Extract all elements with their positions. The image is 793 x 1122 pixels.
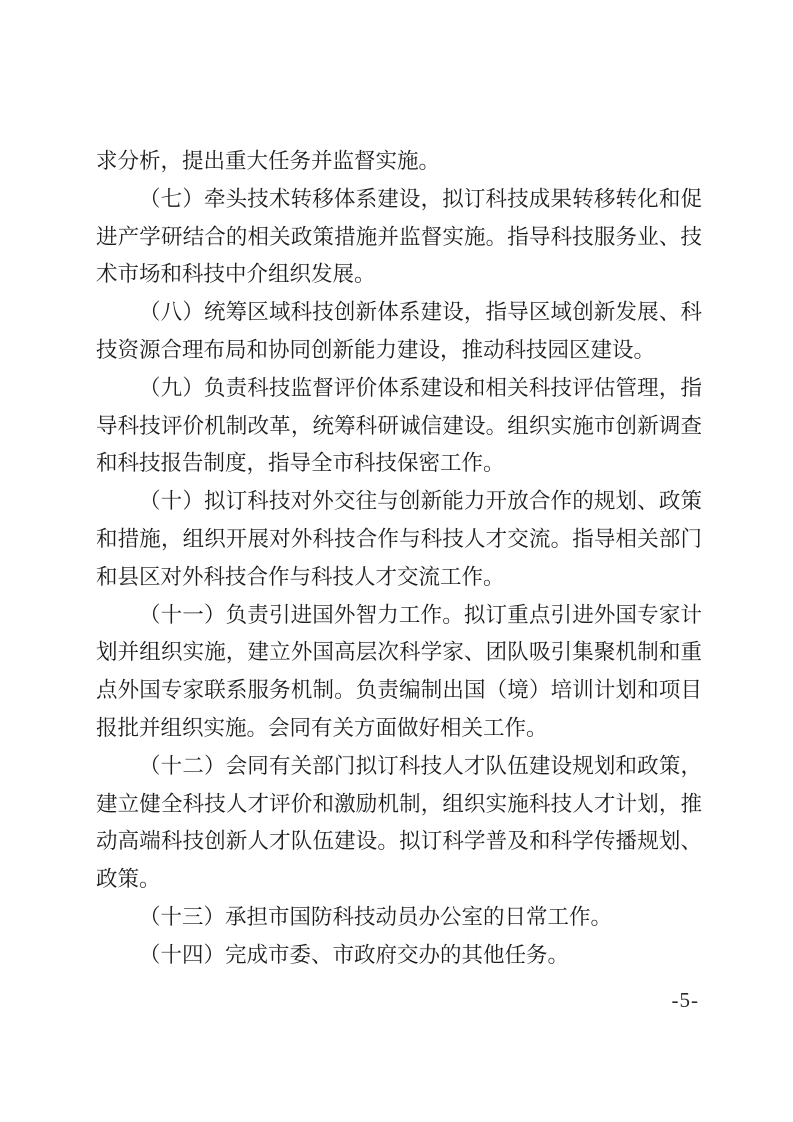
- paragraph-clause-13: （十三）承担市国防科技动员办公室的日常工作。: [96, 899, 702, 937]
- paragraph-clause-9: （九）负责科技监督评价体系建设和相关科技评估管理，指导科技评价机制改革，统筹科研…: [96, 370, 702, 483]
- paragraph-clause-8: （八）统筹区域科技创新体系建设，指导区域创新发展、科技资源合理布局和协同创新能力…: [96, 294, 702, 370]
- paragraph-clause-11: （十一）负责引进国外智力工作。拟订重点引进外国专家计划并组织实施，建立外国高层次…: [96, 597, 702, 748]
- page-number: -5-: [672, 988, 700, 1012]
- paragraph-continuation: 求分析，提出重大任务并监督实施。: [96, 143, 702, 181]
- document-body: 求分析，提出重大任务并监督实施。 （七）牵头技术转移体系建设，拟订科技成果转移转…: [96, 143, 702, 975]
- paragraph-clause-12: （十二）会同有关部门拟订科技人才队伍建设规划和政策，建立健全科技人才评价和激励机…: [96, 748, 702, 899]
- document-page: 求分析，提出重大任务并监督实施。 （七）牵头技术转移体系建设，拟订科技成果转移转…: [0, 0, 793, 1122]
- paragraph-clause-14: （十四）完成市委、市政府交办的其他任务。: [96, 937, 702, 975]
- paragraph-clause-7: （七）牵头技术转移体系建设，拟订科技成果转移转化和促进产学研结合的相关政策措施并…: [96, 181, 702, 294]
- paragraph-clause-10: （十）拟订科技对外交往与创新能力开放合作的规划、政策和措施，组织开展对外科技合作…: [96, 483, 702, 596]
